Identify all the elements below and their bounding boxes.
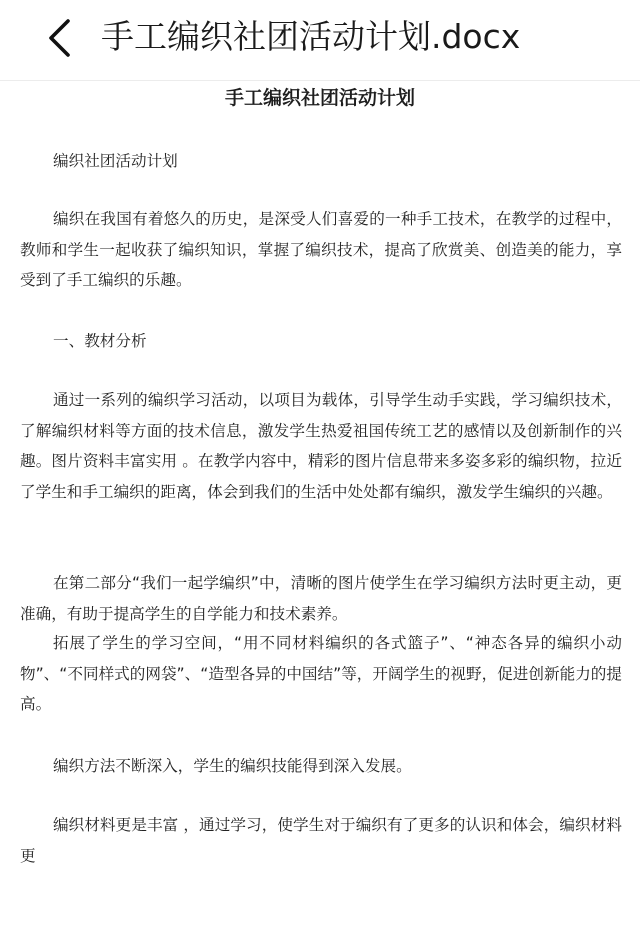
paragraph-materials-analysis: 通过一系列的编织学习活动，以项目为载体，引导学生动手实践，学习编织技术，了解编织… [20,385,622,507]
document-viewer[interactable]: 手工编织社团活动计划 编织社团活动计划 编织在我国有着悠久的历史，是深受人们喜爱… [0,81,640,936]
paragraph-methods: 编织方法不断深入，学生的编织技能得到深入发展。 [20,751,622,782]
top-bar: 手工编织社团活动计划.docx [0,0,640,81]
document-title: 手工编织社团活动计划 [0,85,640,111]
paragraph-expand-space: 拓展了学生的学习空间，“用不同材料编织的各式篮子”、“神态各异的编织小动物”、“… [20,628,622,720]
file-name-title: 手工编织社团活动计划.docx [101,14,520,60]
back-button[interactable] [42,16,78,60]
chevron-left-icon [42,16,78,60]
paragraph-intro: 编织在我国有着悠久的历史，是深受人们喜爱的一种手工技术，在教学的过程中，教师和学… [20,204,622,296]
paragraph-materials-rich: 编织材料更是丰富 ，通过学习，使学生对于编织有了更多的认识和体会，编织材料更 [20,810,622,871]
section-heading-materials: 一、教材分析 [20,326,622,357]
paragraph-subtitle: 编织社团活动计划 [20,146,622,177]
paragraph-part-two: 在第二部分“我们一起学编织”中，清晰的图片使学生在学习编织方法时更主动，更准确，… [20,568,622,629]
